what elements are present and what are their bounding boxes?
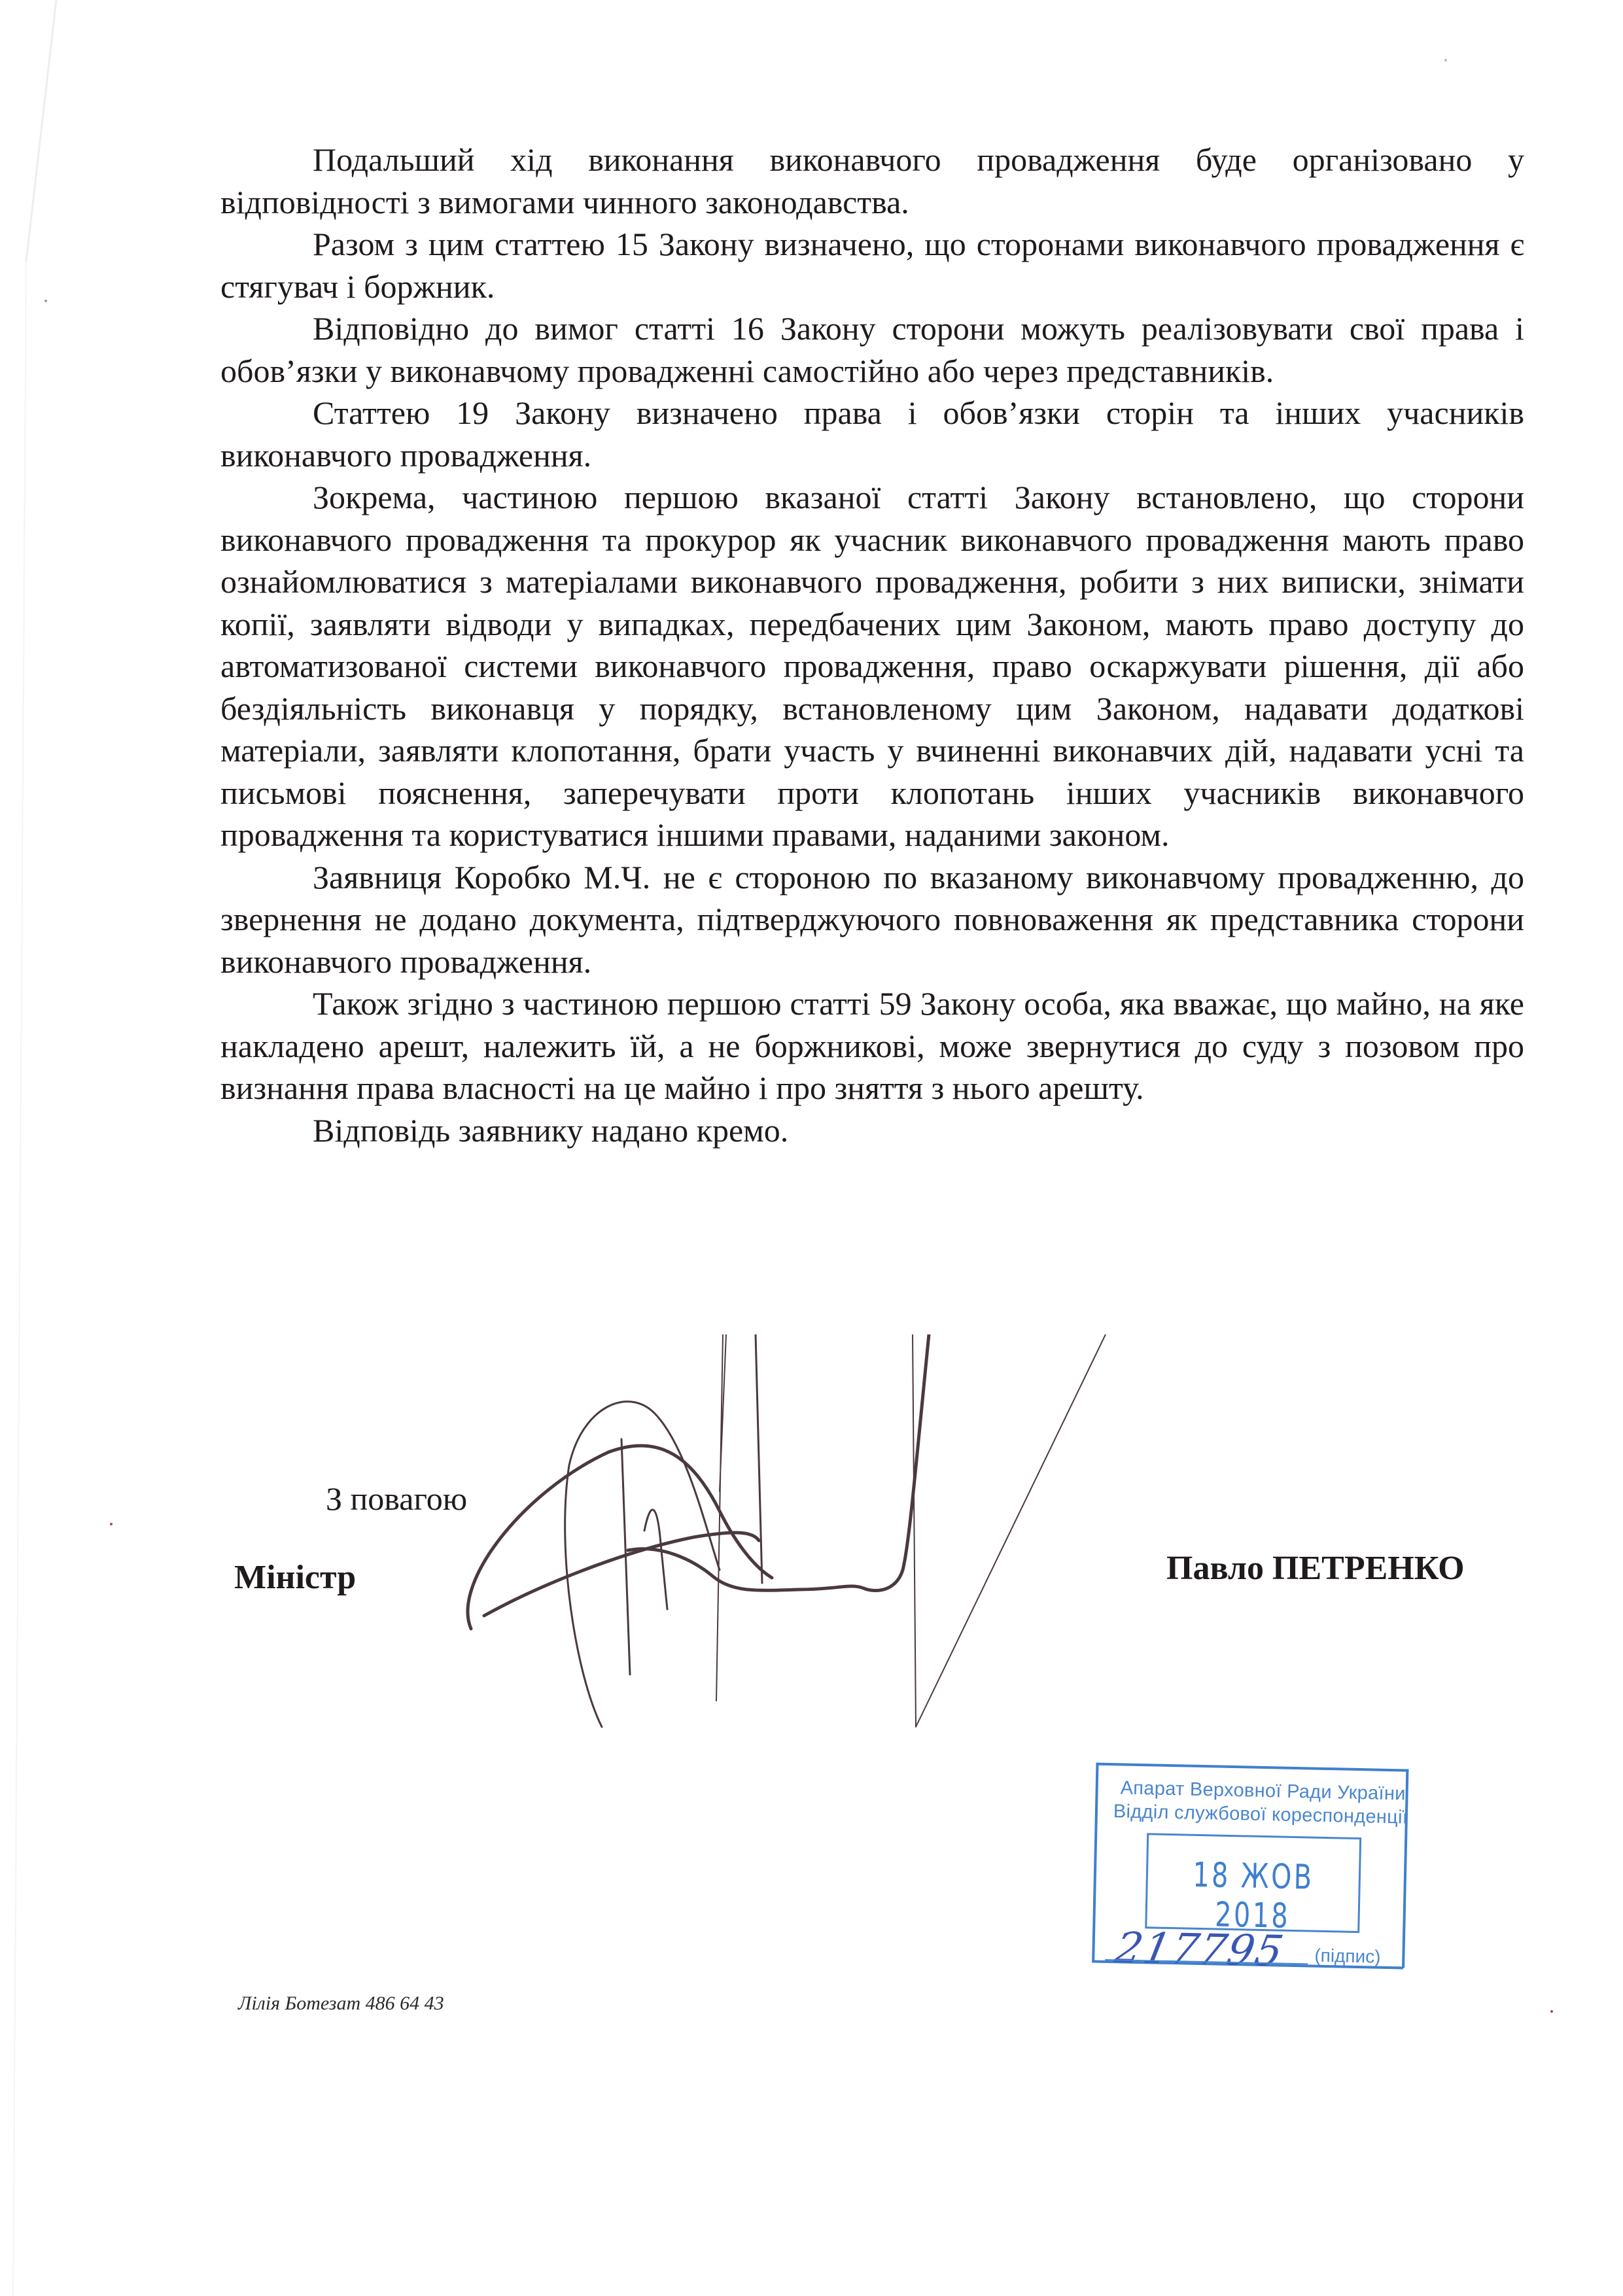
letter-body: Подальший хід виконання виконавчого пров… — [220, 139, 1524, 1151]
signatory-title: Міністр — [234, 1558, 356, 1597]
paragraph-article-19: Статтею 19 Закону визначено права і обов… — [220, 392, 1524, 476]
signatory-name: Павло ПЕТРЕНКО — [1166, 1549, 1465, 1588]
paragraph-article-59: Також згідно з частиною першою статті 59… — [220, 983, 1524, 1109]
paragraph-rights-of-parties: Зокрема, частиною першою вказаної статті… — [220, 476, 1524, 856]
document-page: Подальший хід виконання виконавчого пров… — [0, 0, 1623, 2296]
stamp-date-box: 18 ЖОВ 2018 — [1145, 1833, 1361, 1933]
paragraph-reply-given: Відповідь заявнику надано кремо. — [220, 1109, 1524, 1152]
paragraph-execution-continuation: Подальший хід виконання виконавчого пров… — [220, 139, 1524, 223]
stamp-registration-number: 217795 — [1111, 1924, 1288, 1975]
paragraph-applicant-status: Заявниця Коробко М.Ч. не є стороною по в… — [220, 856, 1524, 983]
stamp-signature-label: (підпис) — [1314, 1945, 1381, 1968]
paragraph-article-16: Відповідно до вимог статті 16 Закону сто… — [220, 307, 1524, 392]
stamp-date: 18 ЖОВ 2018 — [1162, 1855, 1343, 1938]
paragraph-article-15: Разом з цим статтею 15 Закону визначено,… — [220, 223, 1524, 307]
handwritten-signature — [445, 1334, 1184, 1753]
executor-contact-note: Лілія Ботезат 486 64 43 — [238, 1992, 444, 2015]
registration-stamp: Апарат Верховної Ради України Відділ слу… — [1092, 1763, 1437, 1986]
